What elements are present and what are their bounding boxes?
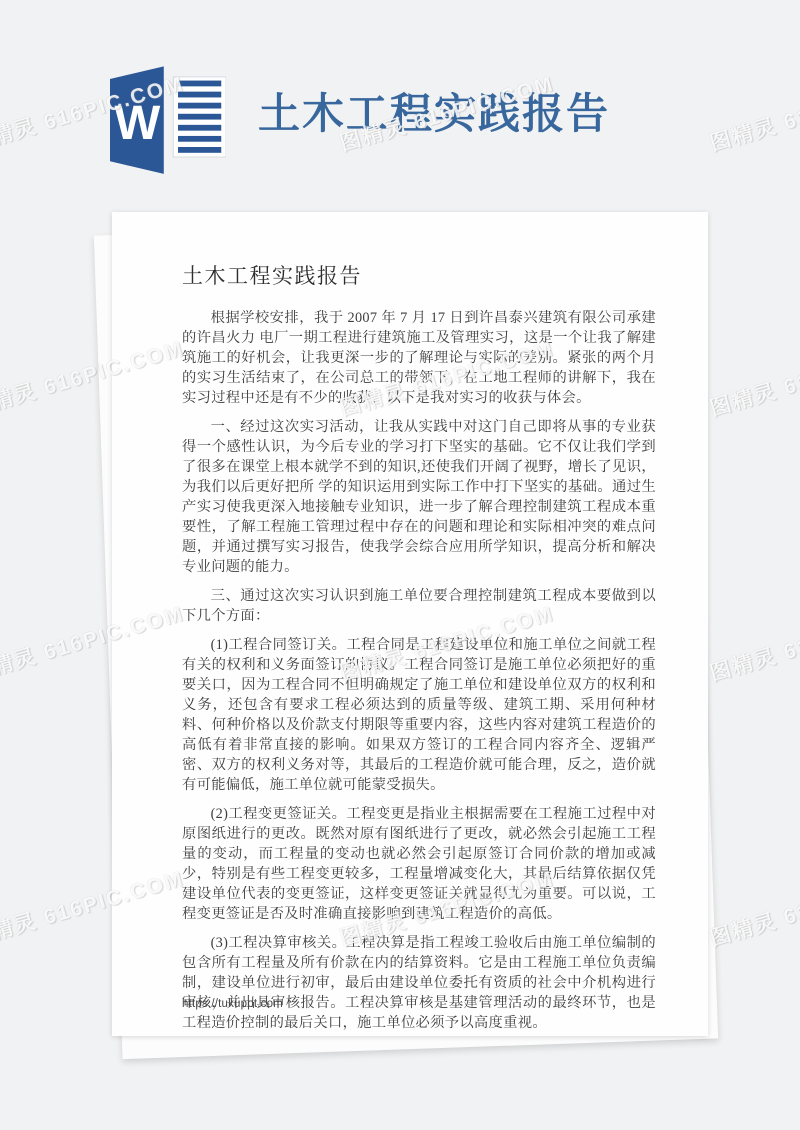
watermark-text: 图精灵 616PIC.COM (706, 67, 800, 157)
document-paragraph: (1)工程合同签订关。工程合同是工程建设单位和施工单位之间就工程有关的权利和义务… (182, 635, 656, 795)
watermark-text: 图精灵 616PIC.COM (706, 862, 800, 952)
document-paragraph: (3)工程决算审核关。工程决算是指工程竣工验收后由施工单位编制的包含所有工程量及… (182, 933, 656, 1033)
document-paragraph: 一、经过这次实习活动，让我从实践中对这门自己即将从事的专业获得一个感性认识，为今… (182, 417, 656, 577)
word-icon-letter: W (115, 96, 161, 150)
document-paragraph: 根据学校安排，我于 2007 年 7 月 17 日到许昌泰兴建筑有限公司承建的许… (182, 308, 656, 408)
document-page: 土木工程实践报告 根据学校安排，我于 2007 年 7 月 17 日到许昌泰兴建… (112, 212, 708, 1036)
page-title: 土木工程实践报告 (258, 90, 610, 138)
watermark-text: 图精灵 616PIC.COM (706, 332, 800, 422)
document-paragraph: (2)工程变更签证关。工程变更是指业主根据需要在工程施工过程中对原图纸进行的更改… (182, 804, 656, 924)
watermark-text: 图精灵 616PIC.COM (706, 597, 800, 687)
document-content: 土木工程实践报告 根据学校安排，我于 2007 年 7 月 17 日到许昌泰兴建… (112, 212, 708, 1033)
document-body: 根据学校安排，我于 2007 年 7 月 17 日到许昌泰兴建筑有限公司承建的许… (182, 308, 656, 1033)
footer-url: https://tukuppt.com (182, 998, 283, 1010)
template-preview-canvas: 土木工程实践报告 根据学校安排，我于 2007 年 7 月 17 日到许昌泰兴建… (0, 0, 800, 1130)
document-title: 土木工程实践报告 (182, 264, 656, 290)
document-paragraph: 三、通过这次实习认识到施工单位要合理控制建筑工程成本要做到以下几个方面： (182, 586, 656, 626)
word-icon: W (110, 62, 226, 174)
